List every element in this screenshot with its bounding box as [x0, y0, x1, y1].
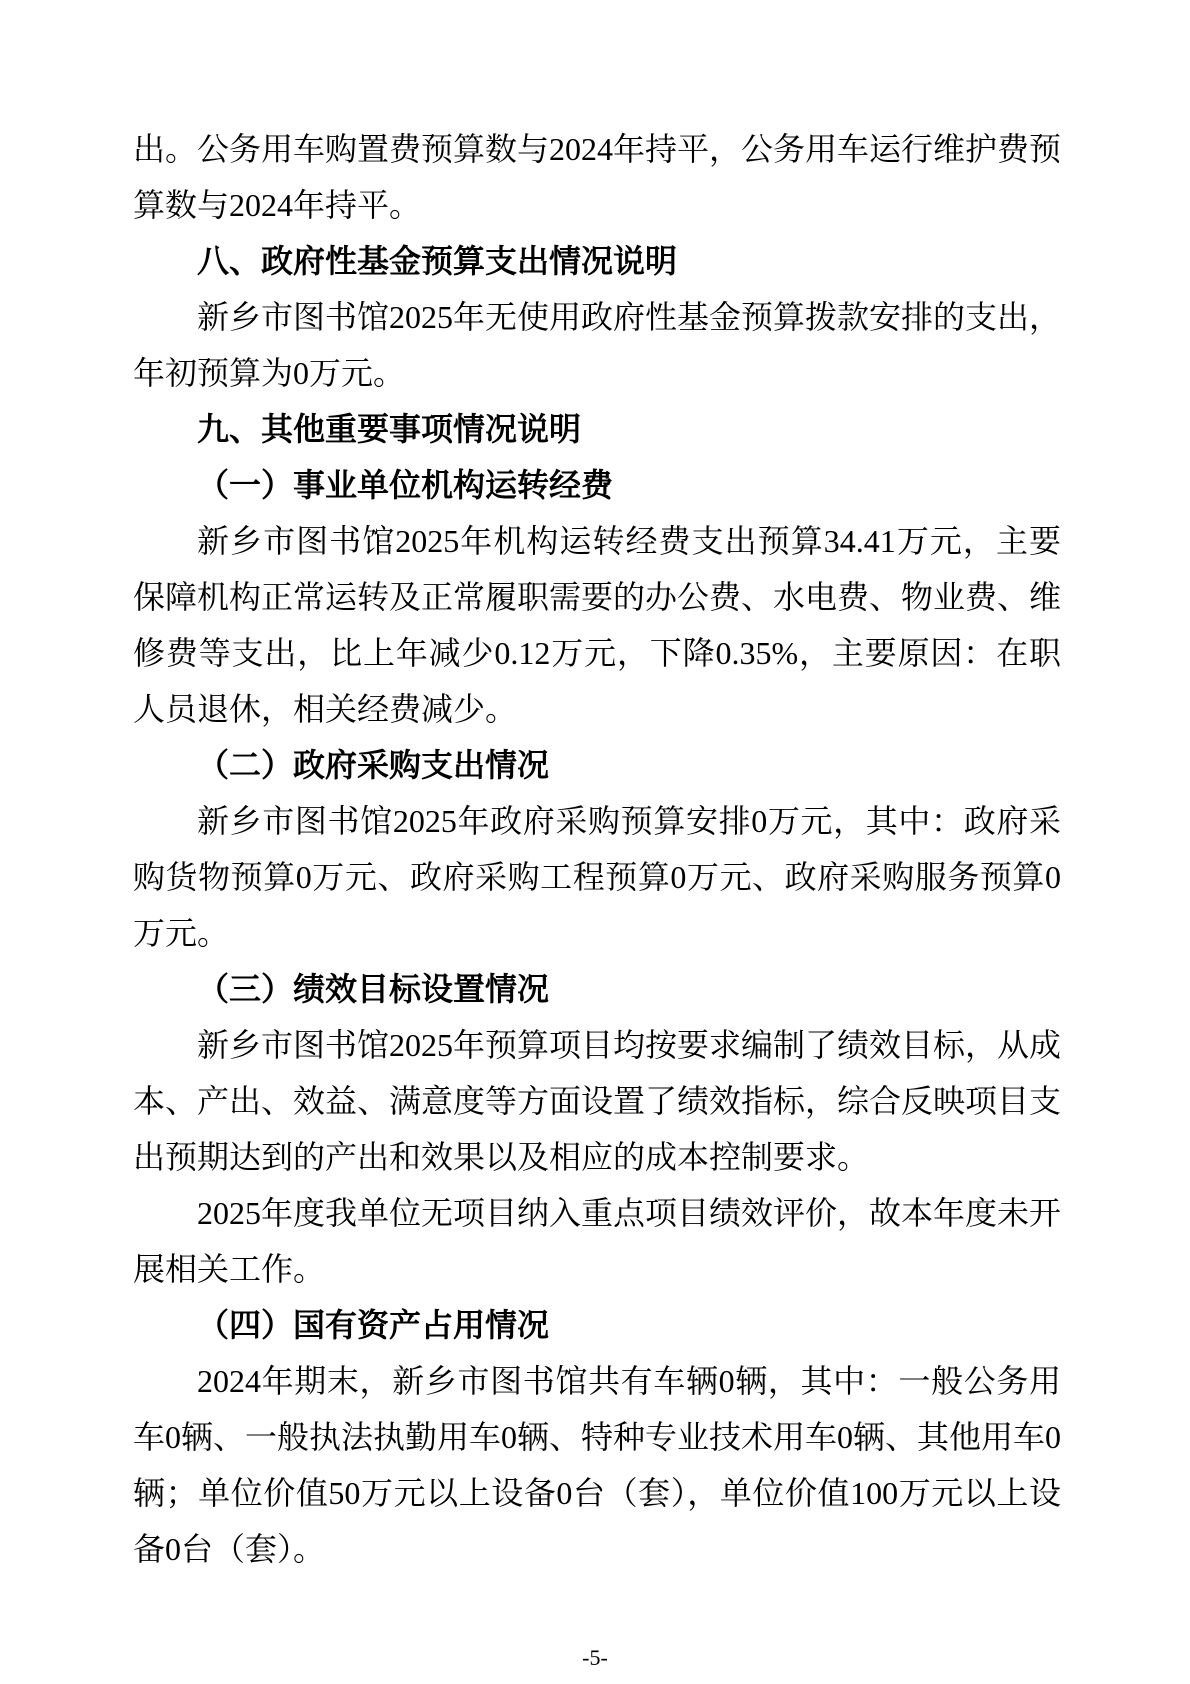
section-heading: 八、政府性基金预算支出情况说明 [133, 233, 1061, 289]
subsection-heading: （四）国有资产占用情况 [133, 1297, 1061, 1353]
document-page: 出。公务用车购置费预算数与2024年持平，公务用车运行维护费预算数与2024年持… [0, 0, 1190, 1684]
subsection-heading: （一）事业单位机构运转经费 [133, 457, 1061, 513]
paragraph: 2025年度我单位无项目纳入重点项目绩效评价，故本年度未开展相关工作。 [133, 1185, 1061, 1297]
document-body: 出。公务用车购置费预算数与2024年持平，公务用车运行维护费预算数与2024年持… [133, 121, 1061, 1577]
subsection-heading: （三）绩效目标设置情况 [133, 961, 1061, 1017]
section-heading: 九、其他重要事项情况说明 [133, 401, 1061, 457]
paragraph: 新乡市图书馆2025年无使用政府性基金预算拨款安排的支出，年初预算为0万元。 [133, 289, 1061, 401]
paragraph: 新乡市图书馆2025年预算项目均按要求编制了绩效目标，从成本、产出、效益、满意度… [133, 1017, 1061, 1185]
paragraph: 2024年期末，新乡市图书馆共有车辆0辆，其中：一般公务用车0辆、一般执法执勤用… [133, 1353, 1061, 1577]
paragraph: 新乡市图书馆2025年政府采购预算安排0万元，其中：政府采购货物预算0万元、政府… [133, 793, 1061, 961]
subsection-heading: （二）政府采购支出情况 [133, 737, 1061, 793]
page-number: -5- [0, 1644, 1190, 1672]
paragraph: 新乡市图书馆2025年机构运转经费支出预算34.41万元，主要保障机构正常运转及… [133, 513, 1061, 737]
paragraph: 出。公务用车购置费预算数与2024年持平，公务用车运行维护费预算数与2024年持… [133, 121, 1061, 233]
